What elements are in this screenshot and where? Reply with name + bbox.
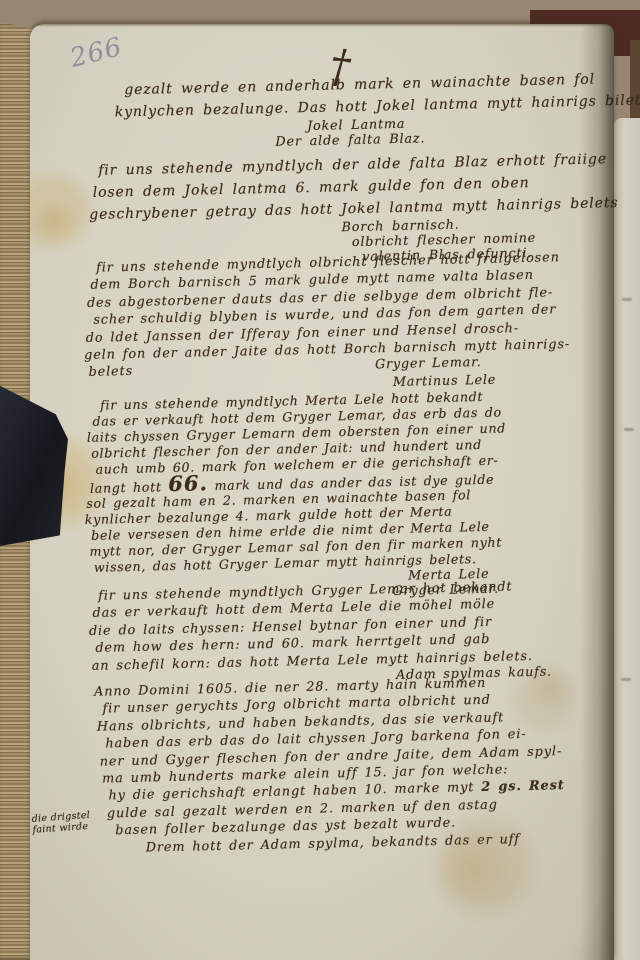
paragraph-6: Anno Domini 1605. die ner 28. marty hain… [80, 673, 566, 858]
ms-line: belets [88, 363, 133, 381]
folio-number: 266 [67, 32, 125, 74]
paragraph-5: fir uns stehende myndtlych Gryger Lemar … [88, 578, 552, 690]
stain [32, 196, 76, 246]
ink-showthrough [624, 428, 634, 431]
bold-amount: 2 gs. Rest [481, 778, 565, 795]
gutter-shadow [580, 24, 614, 960]
paragraph-1: gezalt werde en anderhalb mark en wainac… [88, 67, 640, 154]
manuscript-photo: { "photo": { "backdrop_color": "#978672"… [0, 0, 640, 960]
name-heading: Martinus Lele [393, 371, 571, 390]
ms-text: langt hott [90, 479, 169, 496]
ink-showthrough [621, 678, 631, 681]
manuscript-page: 266 † gezalt werde en anderhalb mark en … [30, 24, 614, 960]
paragraph-4: fir uns stehende myndtlych Merta Lele ho… [82, 388, 510, 606]
name-heading: Gryger Lemar. [375, 355, 482, 375]
large-number: 66. [168, 470, 208, 496]
paragraph-3: fir uns stehende myndtlych olbricht fles… [82, 249, 571, 397]
ink-showthrough [622, 298, 632, 301]
page-top-edge [36, 24, 610, 27]
